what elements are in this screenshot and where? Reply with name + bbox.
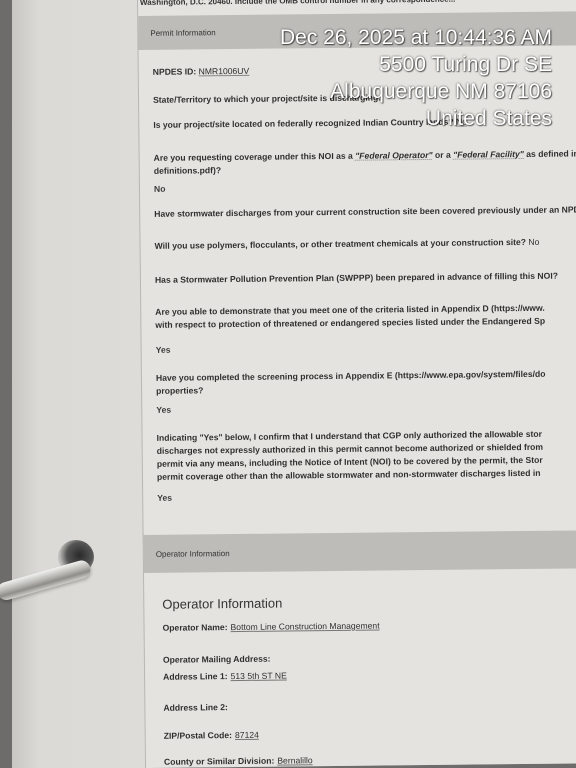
federal-facility-term[interactable]: "Federal Facility" xyxy=(453,149,524,160)
address-line-1-value: 513 5th ST NE xyxy=(231,670,287,681)
operator-section-header-label: Operator Information xyxy=(156,549,230,559)
answer-federal-operator: No xyxy=(154,184,166,194)
stamp-address: 5500 Turing Dr SE xyxy=(280,51,552,78)
binder-back-sheet xyxy=(12,0,152,768)
county-value: Bernalillo xyxy=(277,755,312,765)
answer-historic-screening: Yes xyxy=(156,405,171,415)
mailing-address-label: Operator Mailing Address: xyxy=(163,654,271,665)
county-field: County or Similar Division:Bernalillo xyxy=(164,755,313,767)
stamp-country: United States xyxy=(280,105,552,132)
operator-section-title: Operator Information xyxy=(162,596,282,612)
stamp-city: Albuquerque NM 87106 xyxy=(280,78,552,105)
question-historic-screening: Have you completed the screening process… xyxy=(156,368,546,398)
stamp-datetime: Dec 26, 2025 at 10:44:36 AM xyxy=(280,24,552,51)
answer-endangered-species: Yes xyxy=(156,345,171,355)
operator-name-field: Operator Name:Bottom Line Construction M… xyxy=(163,621,380,633)
question-endangered-species: Are you able to demonstrate that you mee… xyxy=(155,302,545,332)
photo-timestamp-overlay: Dec 26, 2025 at 10:44:36 AM 5500 Turing … xyxy=(280,24,552,132)
question-swppp: Has a Stormwater Pollution Prevention Pl… xyxy=(155,270,558,287)
question-confirmation: Indicating "Yes" below, I confirm that I… xyxy=(157,428,544,484)
npdes-id-value: NMR1006UV xyxy=(199,66,250,77)
operator-name-value: Bottom Line Construction Management xyxy=(230,621,379,633)
answer-confirmation: Yes xyxy=(157,493,172,503)
answer-polymers: No xyxy=(528,237,539,247)
federal-operator-term[interactable]: "Federal Operator" xyxy=(355,150,433,161)
top-note: Washington, D.C. 20460. Include the OMB … xyxy=(140,0,455,7)
question-federal-operator: Are you requesting coverage under this N… xyxy=(154,146,576,178)
zip-field: ZIP/Postal Code:87124 xyxy=(164,730,259,741)
address-line-2-field: Address Line 2: xyxy=(163,702,231,713)
question-polymers: Will you use polymers, flocculants, or o… xyxy=(155,236,540,253)
address-line-1-field: Address Line 1:513 5th ST NE xyxy=(163,670,287,681)
zip-value: 87124 xyxy=(235,730,259,740)
operator-section-header: Operator Information xyxy=(144,530,576,573)
permit-section-header-label: Permit Information xyxy=(150,28,215,38)
question-previous-coverage: Have stormwater discharges from your cur… xyxy=(154,203,576,221)
npdes-id-field: NPDES ID: NMR1006UV xyxy=(153,65,250,79)
